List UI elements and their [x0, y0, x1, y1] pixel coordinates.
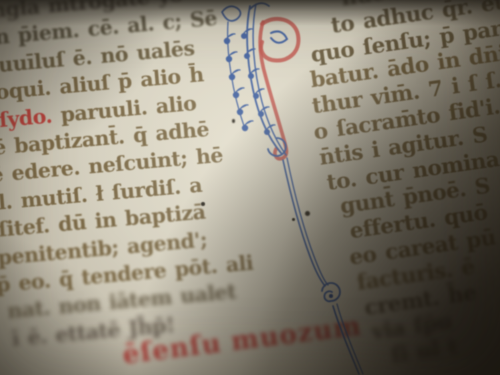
pen-flourish-initial-icon [0, 0, 500, 375]
ink-speck [232, 119, 235, 123]
manuscript-photo: ngla m̄trogatē ȳo in p̄iem. cē. al. c; S… [0, 0, 500, 375]
ink-speck [201, 202, 205, 206]
ink-speck [305, 211, 310, 216]
ink-speck [292, 218, 295, 221]
